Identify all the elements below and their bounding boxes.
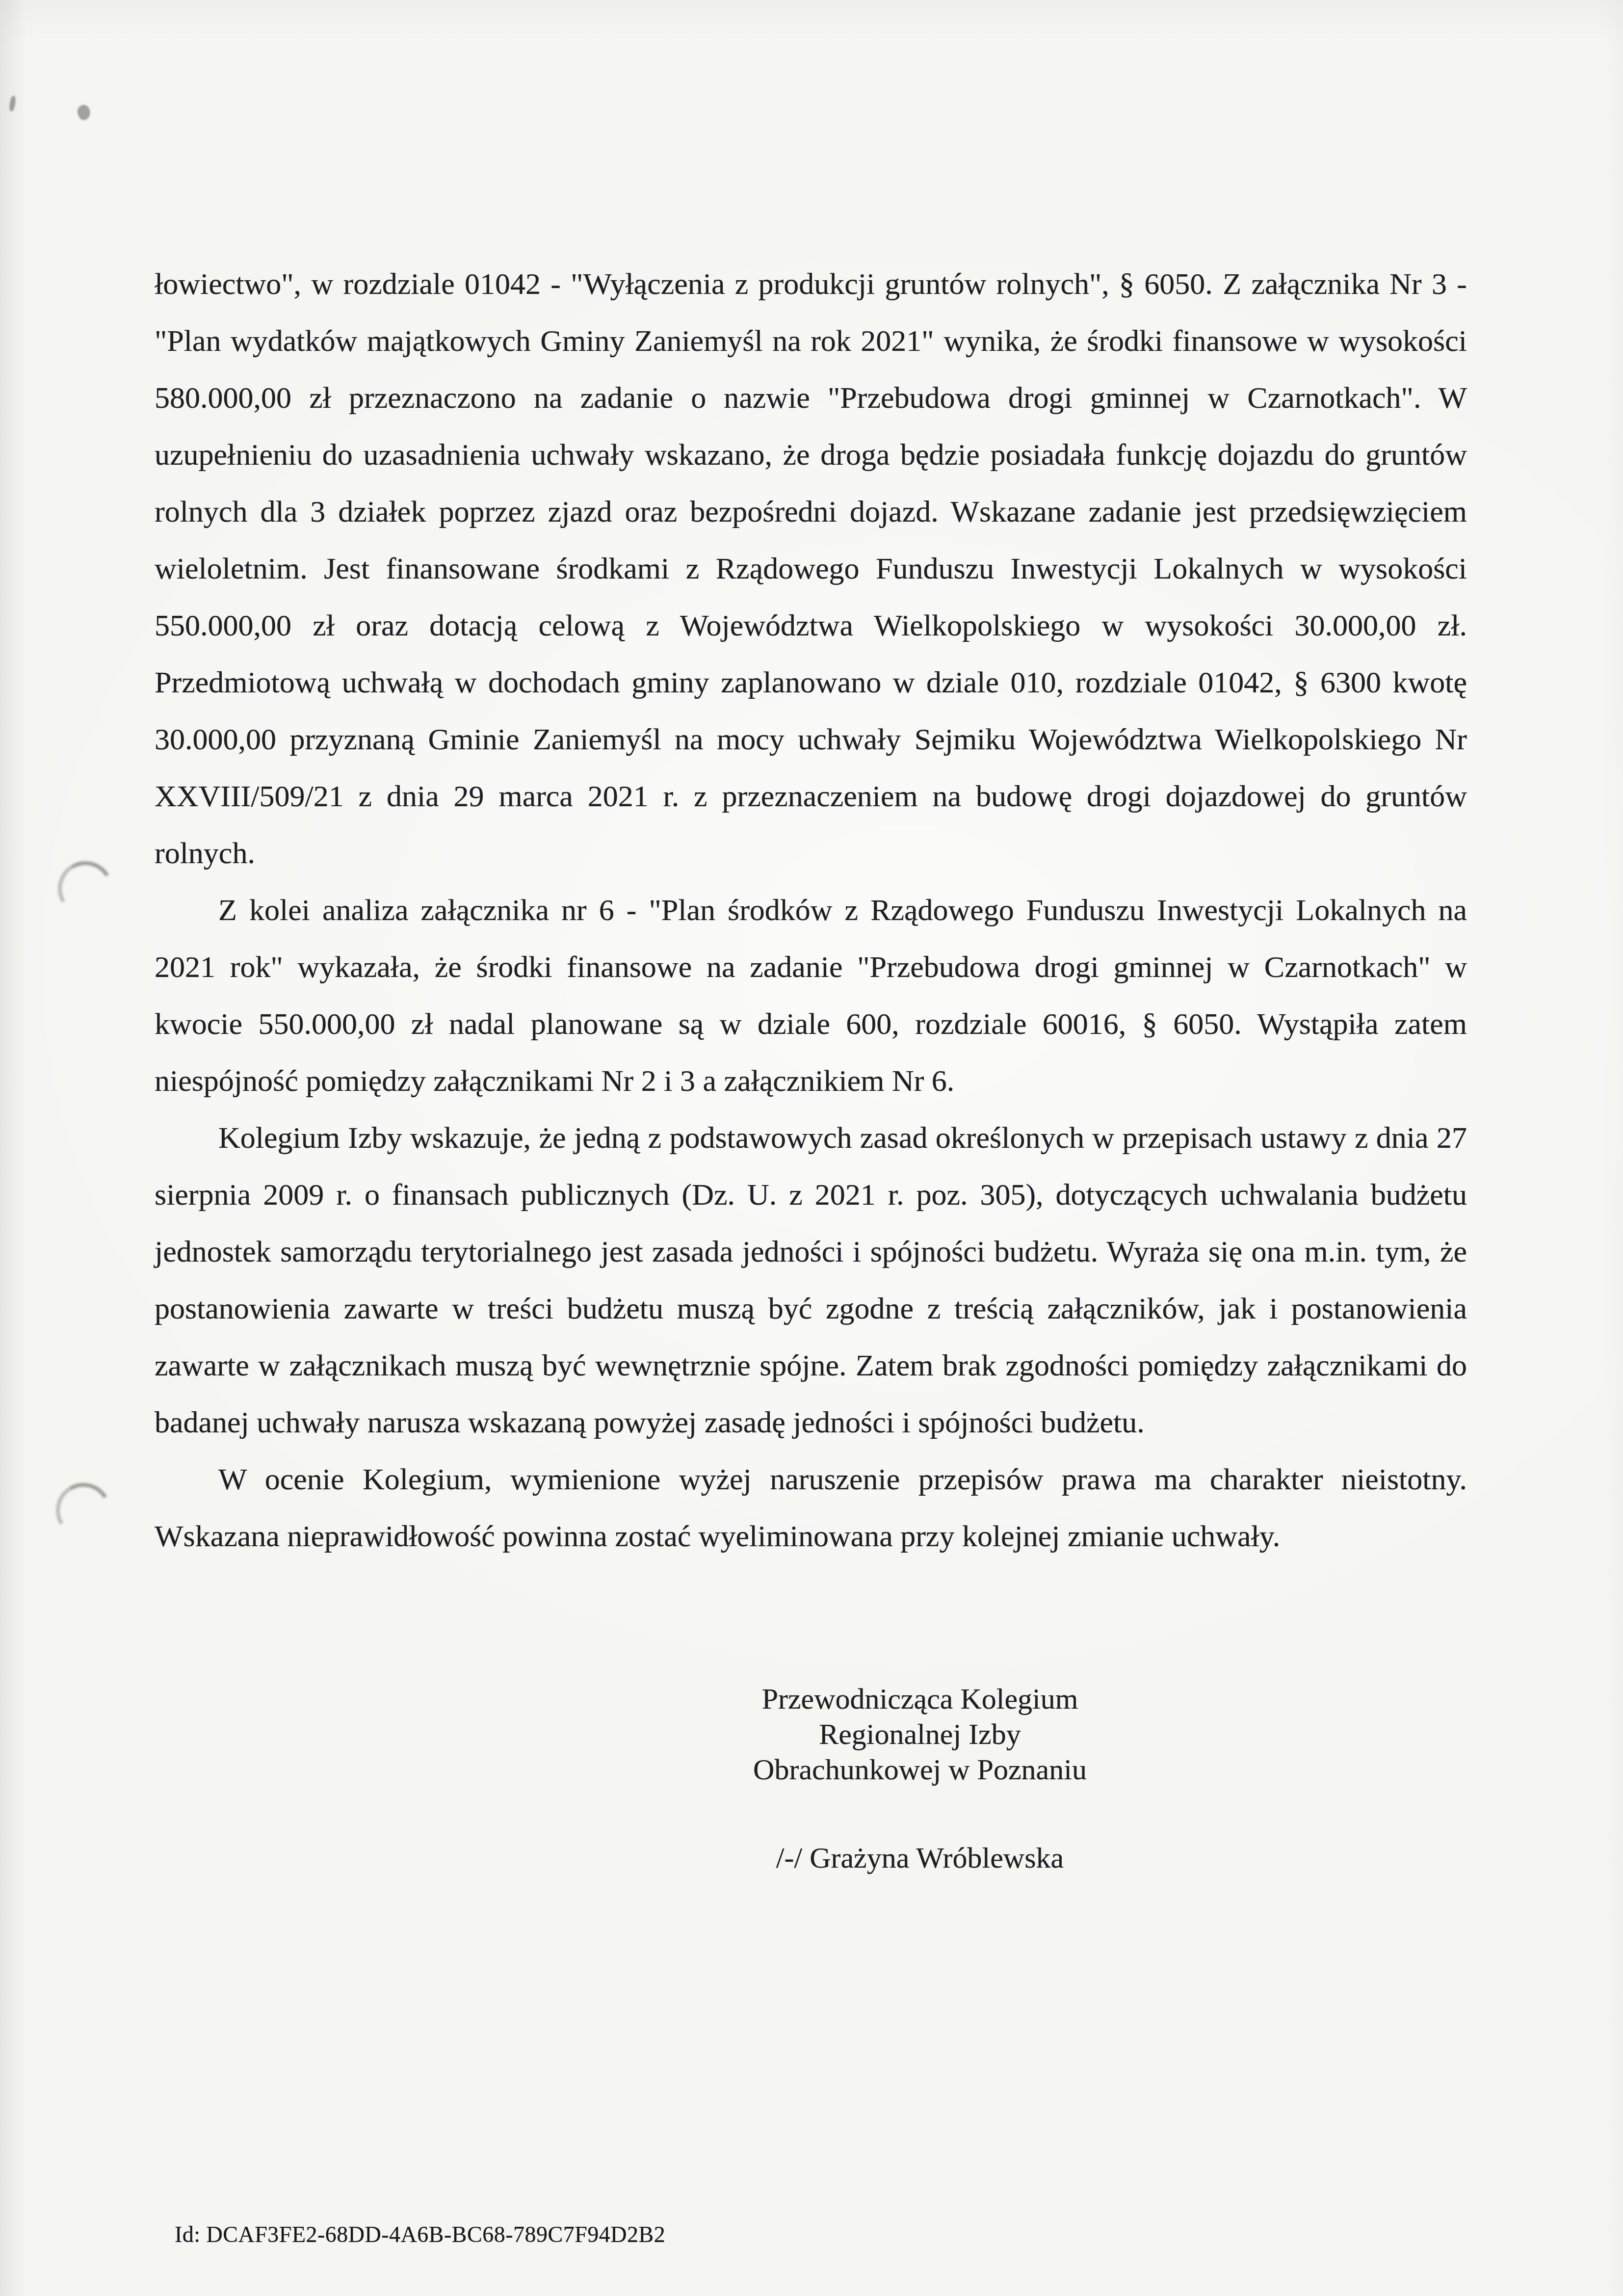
paragraph-4: W ocenie Kolegium, wymienione wyżej naru…	[155, 1451, 1467, 1565]
body-text: łowiectwo", w rozdziale 01042 - "Wyłącze…	[155, 256, 1467, 1565]
ink-speck-2	[75, 103, 93, 122]
signature-title-line-1: Przewodnicząca Kolegium	[613, 1681, 1227, 1716]
paragraph-2: Z kolei analiza załącznika nr 6 - "Plan …	[155, 882, 1467, 1109]
punch-hole-mark-bottom	[50, 1477, 117, 1544]
signature-block: Przewodnicząca Kolegium Regionalnej Izby…	[613, 1681, 1227, 1875]
document-id: Id: DCAF3FE2-68DD-4A6B-BC68-789C7F94D2B2	[175, 2222, 665, 2247]
paragraph-3: Kolegium Izby wskazuje, że jedną z podst…	[155, 1109, 1467, 1451]
paragraph-1: łowiectwo", w rozdziale 01042 - "Wyłącze…	[155, 256, 1467, 882]
signature-signer: /-/ Grażyna Wróblewska	[613, 1840, 1227, 1875]
signature-title-line-2: Regionalnej Izby	[613, 1716, 1227, 1752]
signature-title-line-3: Obrachunkowej w Poznaniu	[613, 1752, 1227, 1787]
ink-speck-1	[9, 95, 17, 111]
scanned-page: łowiectwo", w rozdziale 01042 - "Wyłącze…	[0, 0, 1623, 2296]
punch-hole-mark-top	[52, 855, 119, 922]
